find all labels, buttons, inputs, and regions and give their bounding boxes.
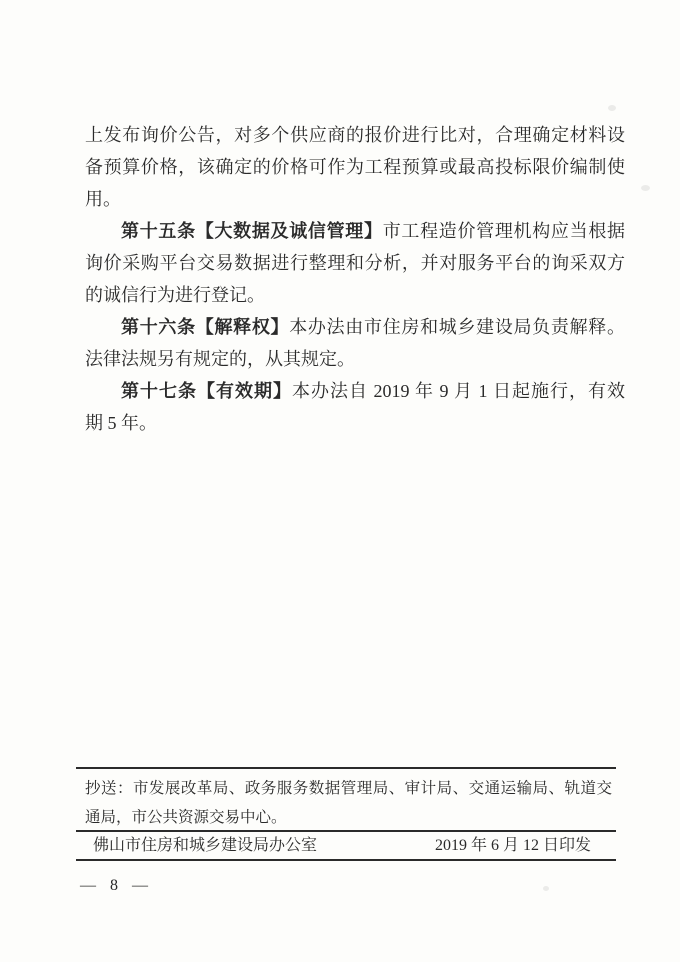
scan-speck [641,185,650,191]
article-17-heading: 第十七条【有效期】 [121,381,292,401]
paragraph-article-17: 第十七条【有效期】本办法自 2019 年 9 月 1 日起施行，有效 期 5 年… [85,375,625,439]
text-line: 第十七条【有效期】本办法自 2019 年 9 月 1 日起施行，有效 [85,375,625,407]
text-line: 第十六条【解释权】本办法由市住房和城乡建设局负责解释。 [85,311,625,343]
article-15-text: 市工程造价管理机构应当根据 [383,221,625,241]
document-page: 上发布询价公告，对多个供应商的报价进行比对，合理确定材料设 备预算价格，该确定的… [0,0,680,962]
footer-divider-top [76,767,616,769]
text-line: 上发布询价公告，对多个供应商的报价进行比对，合理确定材料设 [85,119,625,151]
print-date: 2019 年 6 月 12 日印发 [435,832,591,859]
article-16-heading: 第十六条【解释权】 [121,317,289,337]
article-15-heading: 第十五条【大数据及诚信管理】 [121,221,383,241]
cc-line: 通局，市公共资源交易中心。 [85,803,612,832]
text-line: 的诚信行为进行登记。 [85,279,625,311]
text-line: 期 5 年。 [85,407,625,439]
article-17-text: 本办法自 2019 年 9 月 1 日起施行，有效 [292,381,625,401]
text-line: 第十五条【大数据及诚信管理】市工程造价管理机构应当根据 [85,215,625,247]
text-line: 备预算价格，该确定的价格可作为工程预算或最高投标限价编制使 [85,151,625,183]
document-body: 上发布询价公告，对多个供应商的报价进行比对，合理确定材料设 备预算价格，该确定的… [85,119,625,439]
paragraph-article-15: 第十五条【大数据及诚信管理】市工程造价管理机构应当根据 询价采购平台交易数据进行… [85,215,625,311]
cc-note: 抄送：市发展改革局、政务服务数据管理局、审计局、交通运输局、轨道交 通局，市公共… [85,774,612,832]
page-number: — 8 — [80,877,151,895]
text-line: 法律法规另有规定的，从其规定。 [85,343,625,375]
cc-line: 抄送：市发展改革局、政务服务数据管理局、审计局、交通运输局、轨道交 [85,774,612,803]
issue-row: 佛山市住房和城乡建设局办公室 2019 年 6 月 12 日印发 [76,832,616,859]
text-line: 用。 [85,183,625,215]
footer-divider-bottom [76,859,616,861]
paragraph-continuation: 上发布询价公告，对多个供应商的报价进行比对，合理确定材料设 备预算价格，该确定的… [85,119,625,215]
article-16-text: 本办法由市住房和城乡建设局负责解释。 [289,317,625,337]
text-line: 询价采购平台交易数据进行整理和分析，并对服务平台的询采双方 [85,247,625,279]
scan-speck [543,886,549,891]
issuing-office: 佛山市住房和城乡建设局办公室 [93,832,317,859]
scan-speck [608,105,616,111]
paragraph-article-16: 第十六条【解释权】本办法由市住房和城乡建设局负责解释。 法律法规另有规定的，从其… [85,311,625,375]
